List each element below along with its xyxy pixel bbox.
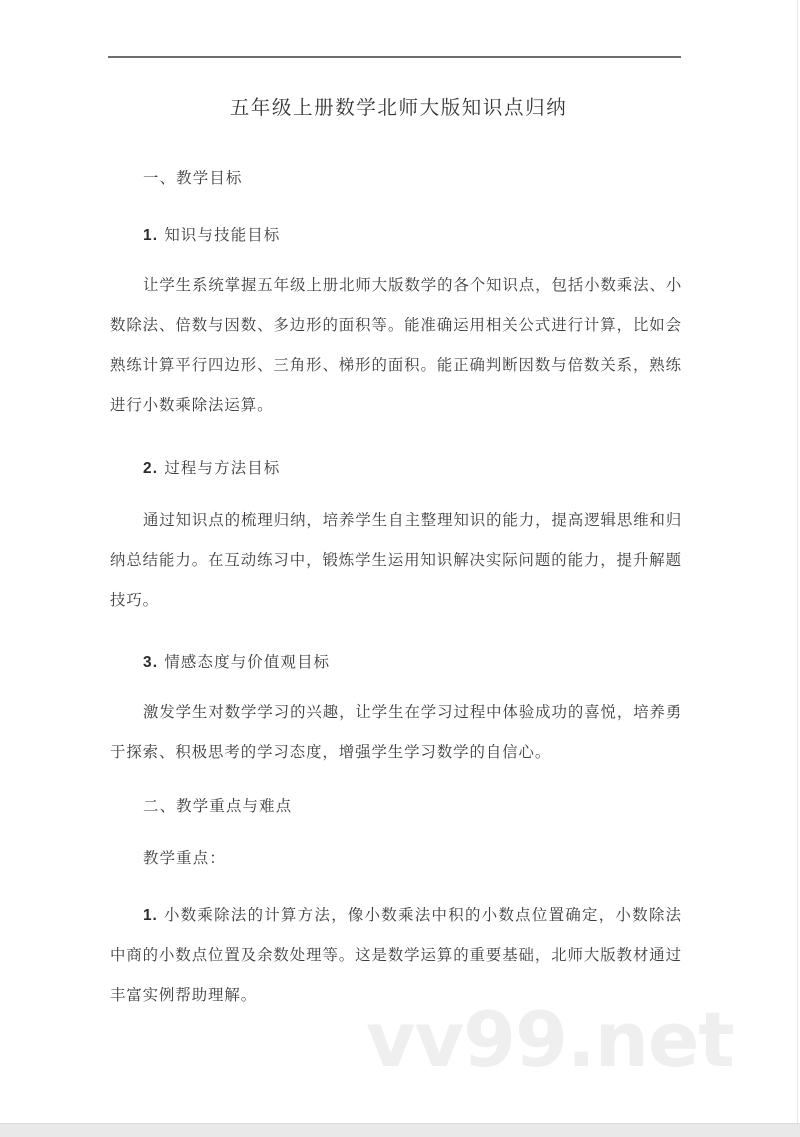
watermark: vv99.net — [366, 995, 734, 1084]
subsection-number: 3. — [143, 654, 158, 671]
item-number: 1. — [143, 907, 158, 924]
paragraph-line: 让学生系统掌握五年级上册北师大版数学的各个知识点，包括小数乘法、小 — [143, 275, 682, 295]
label-key-points: 教学重点： — [143, 848, 682, 868]
document-title: 五年级上册数学北师大版知识点归纳 — [0, 92, 797, 120]
page-bottom-edge — [0, 1123, 800, 1137]
paragraph-line: 中商的小数点位置及余数处理等。这是数学运算的重要基础，北师大版教材通过 — [110, 945, 682, 965]
list-item-line: 1. 小数乘除法的计算方法，像小数乘法中积的小数点位置确定，小数除法 — [143, 905, 682, 926]
subsection-title: 情感态度与价值观目标 — [164, 653, 330, 671]
section-heading-key-points: 二、教学重点与难点 — [143, 796, 682, 816]
paragraph-line: 通过知识点的梳理归纳，培养学生自主整理知识的能力，提高逻辑思维和归 — [143, 510, 682, 530]
subsection-number: 1. — [143, 227, 158, 244]
subsection-title: 过程与方法目标 — [164, 459, 280, 477]
section-heading-teaching-goals: 一、教学目标 — [143, 168, 682, 188]
subsection-heading-knowledge-skills: 1. 知识与技能目标 — [143, 225, 682, 246]
item-text: 小数乘除法的计算方法，像小数乘法中积的小数点位置确定，小数除法 — [164, 906, 682, 924]
subsection-title: 知识与技能目标 — [164, 226, 280, 244]
document-page: 五年级上册数学北师大版知识点归纳 一、教学目标 1. 知识与技能目标 让学生系统… — [0, 0, 798, 1123]
paragraph-line: 进行小数乘除法运算。 — [110, 395, 682, 415]
paragraph-line: 数除法、倍数与因数、多边形的面积等。能准确运用相关公式进行计算，比如会 — [110, 315, 682, 335]
paragraph-line: 激发学生对数学学习的兴趣，让学生在学习过程中体验成功的喜悦，培养勇 — [143, 702, 682, 722]
paragraph-line: 于探索、积极思考的学习态度，增强学生学习数学的自信心。 — [110, 742, 682, 762]
subsection-heading-process-methods: 2. 过程与方法目标 — [143, 458, 682, 479]
subsection-heading-attitude-values: 3. 情感态度与价值观目标 — [143, 652, 682, 673]
subsection-number: 2. — [143, 460, 158, 477]
paragraph-line: 纳总结能力。在互动练习中，锻炼学生运用知识解决实际问题的能力，提升解题 — [110, 550, 682, 570]
paragraph-line: 技巧。 — [110, 590, 682, 610]
paragraph-line: 熟练计算平行四边形、三角形、梯形的面积。能正确判断因数与倍数关系，熟练 — [110, 355, 682, 375]
header-rule — [108, 56, 681, 58]
